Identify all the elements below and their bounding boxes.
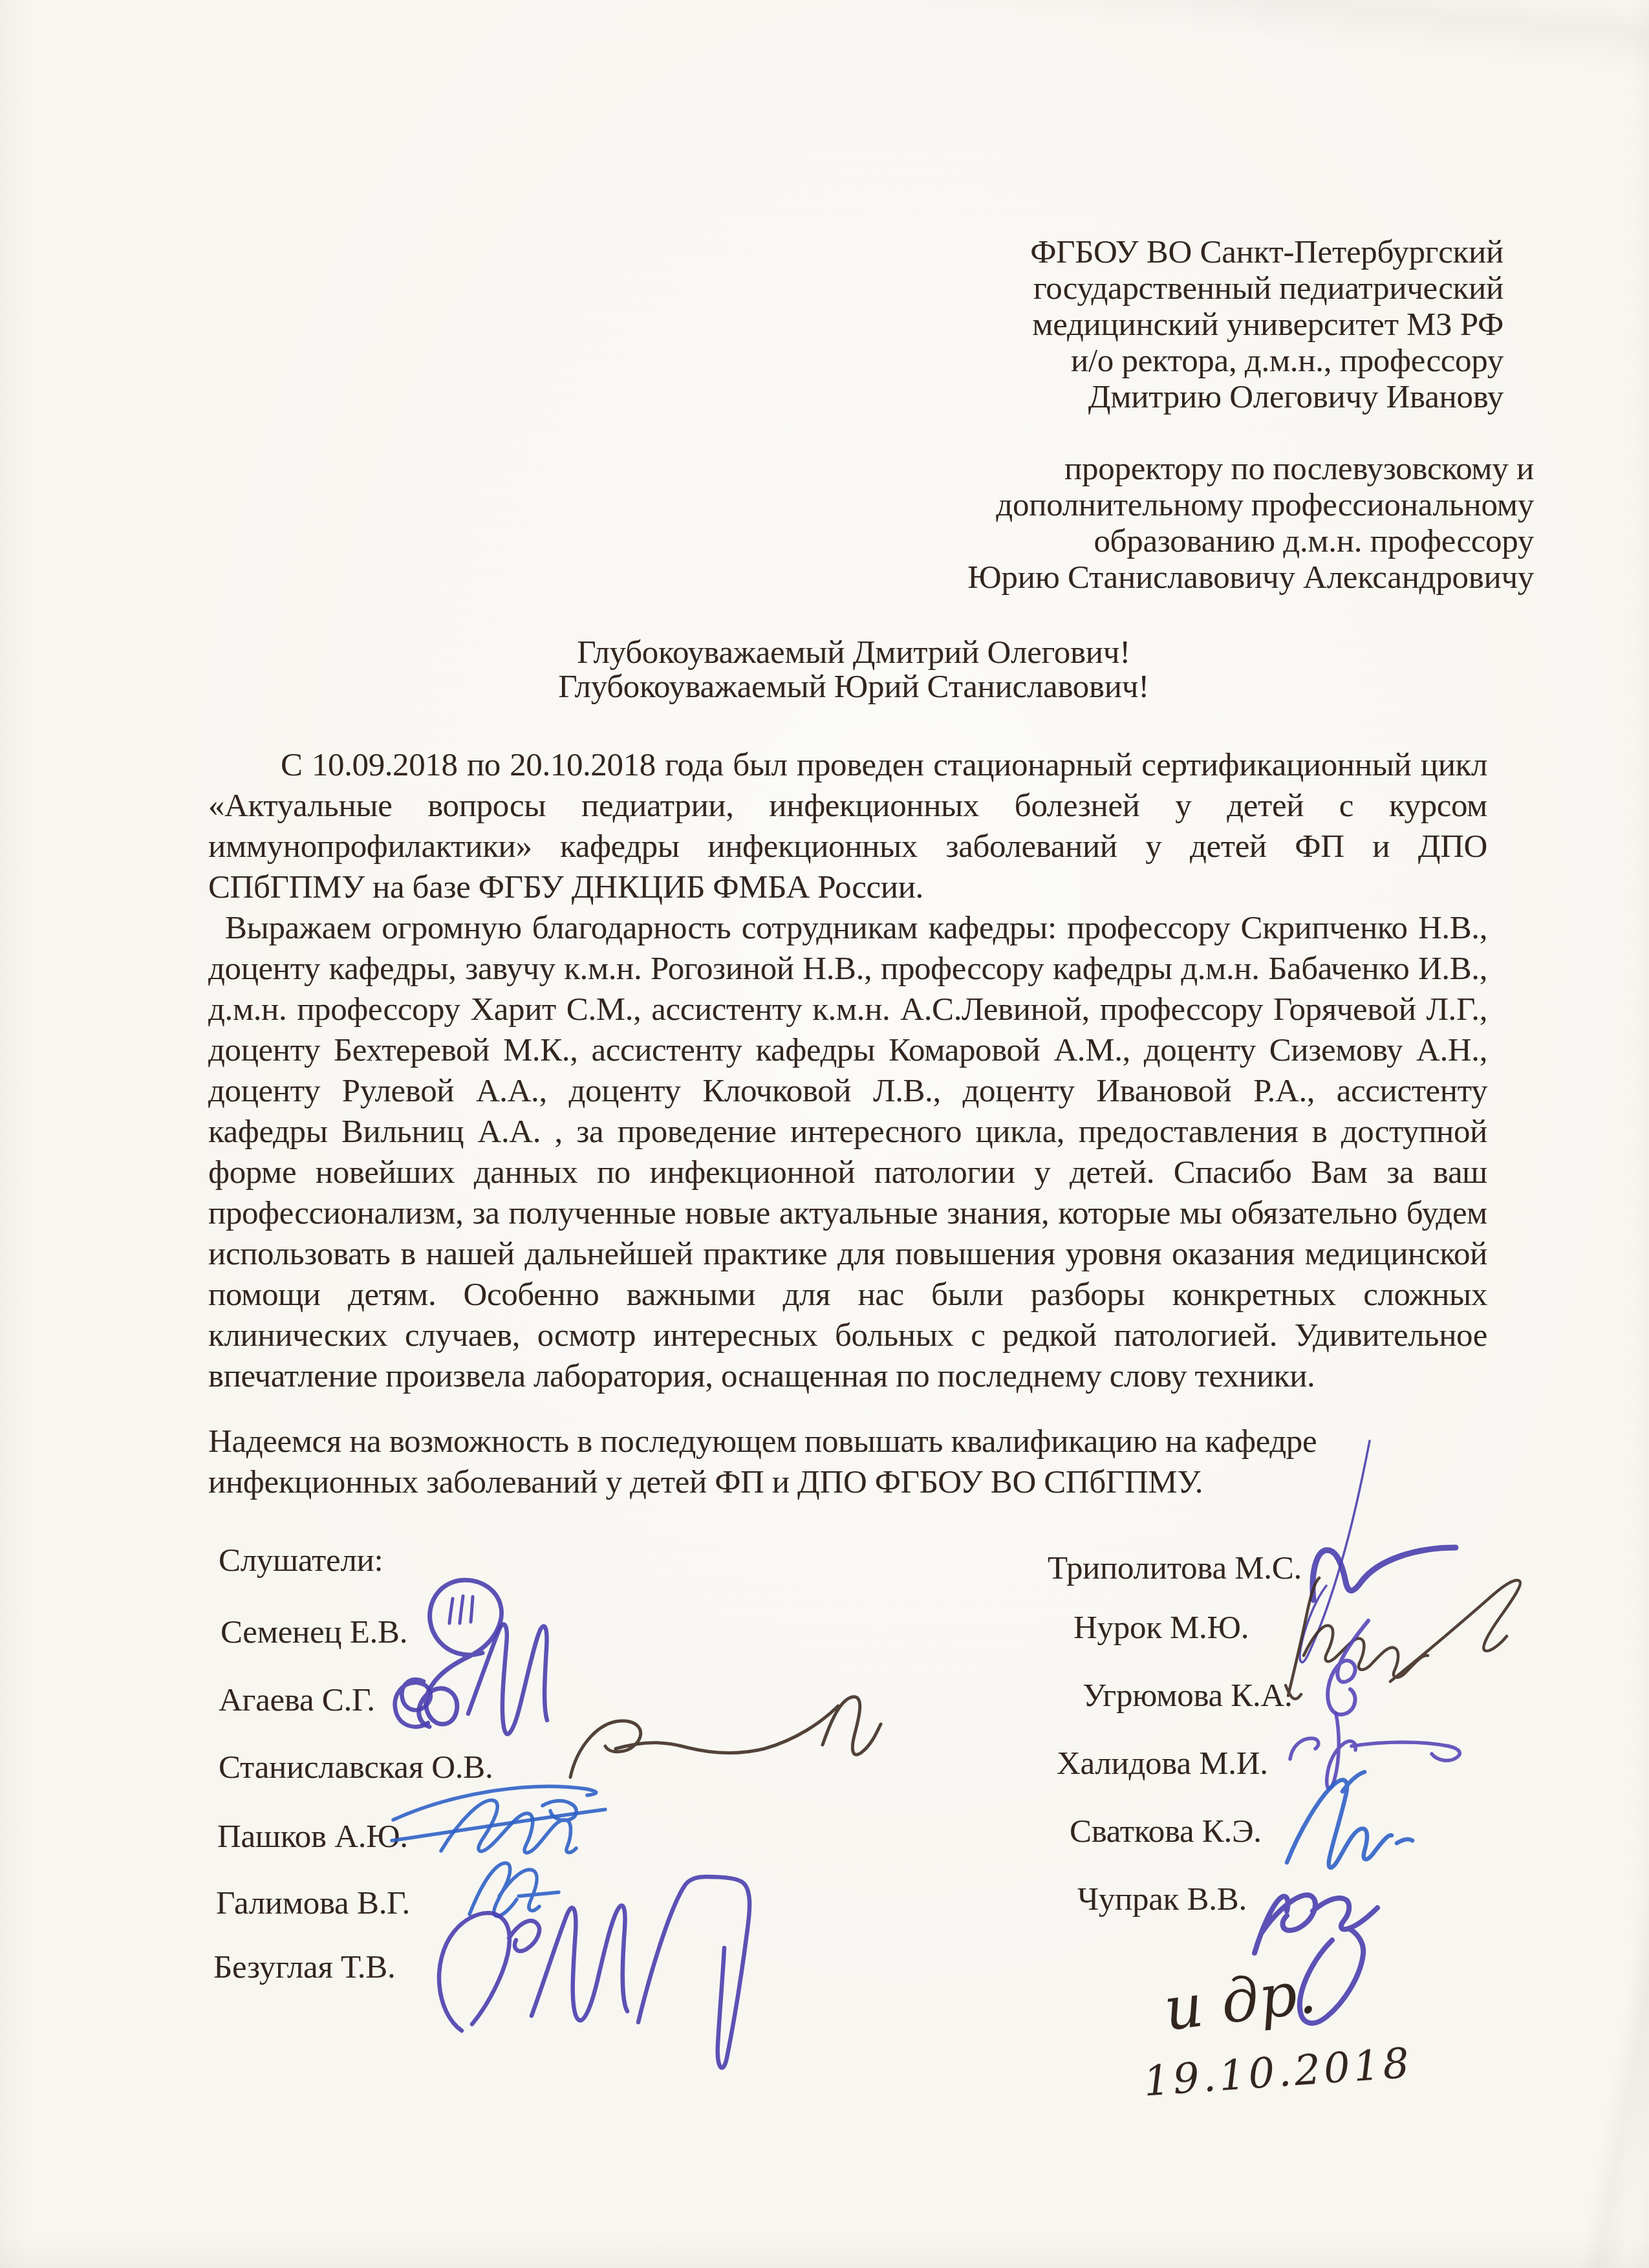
signer-name-pashkov: Пашков А.Ю. [217, 1820, 408, 1853]
signer-name-chuprak: Чупрак В.В. [1077, 1883, 1247, 1916]
salutation-block: Глубокоуважаемый Дмитрий Олегович! Глубо… [213, 636, 1494, 704]
scanned-letter-page: ФГБОУ ВО Санкт-Петербургский государстве… [0, 0, 1649, 2268]
recipient-line: государственный педиатрический [1030, 270, 1503, 307]
signer-name-semenets: Семенец Е.В. [221, 1615, 407, 1649]
signer-name-ugryumova: Угрюмова К.А. [1083, 1679, 1293, 1712]
recipient-line: медицинский университет МЗ РФ [1030, 307, 1503, 343]
recipient-block-prorector: проректору по послевузовскому и дополнит… [967, 451, 1534, 596]
handwritten-date: 19.10.2018 [1142, 2040, 1414, 2106]
signature-tripolitova [1313, 1548, 1456, 1600]
letter-body: С 10.09.2018 по 20.10.2018 года был пров… [208, 745, 1487, 1503]
signer-name-nurok: Нурок М.Ю. [1073, 1611, 1249, 1645]
signature-pashkov-strike [392, 1786, 605, 1841]
signature-pashkov [441, 1800, 576, 1853]
signer-name-galimova: Галимова В.Г. [216, 1886, 410, 1920]
paragraph-hope: Надеемся на возможность в последующем по… [208, 1421, 1487, 1503]
paragraph-gratitude: Выражаем огромную благодарность сотрудни… [208, 908, 1487, 1397]
signature-khalidova [1290, 1714, 1460, 1789]
signature-nurok [1286, 1578, 1520, 1699]
signature-svatkova [1287, 1772, 1412, 1868]
handwritten-note: и др. [1160, 1957, 1319, 2044]
paragraph-cycle-info: С 10.09.2018 по 20.10.2018 года был пров… [208, 745, 1487, 908]
recipient-line: Юрию Станиславовичу Александровичу [967, 559, 1534, 596]
signer-name-agaeva: Агаева С.Г. [219, 1683, 375, 1717]
recipient-line: ФГБОУ ВО Санкт-Петербургский [1030, 234, 1503, 270]
signature-semenets-circle [419, 1580, 502, 1727]
recipient-line: и/о ректора, д.м.н., профессору [1030, 343, 1503, 379]
recipient-line: Дмитрию Олеговичу Иванову [1030, 379, 1503, 415]
signer-name-svatkova: Сваткова К.Э. [1070, 1815, 1262, 1848]
recipient-block-rector: ФГБОУ ВО Санкт-Петербургский государстве… [1030, 234, 1503, 415]
signature-bezuglaya [439, 1877, 749, 2068]
signature-galimova [469, 1863, 559, 1916]
signature-ugryumova [1328, 1621, 1368, 1714]
salutation-line: Глубокоуважаемый Дмитрий Олегович! [213, 636, 1494, 670]
signature-semenets-flourish [468, 1625, 547, 1734]
signature-agaeva [395, 1679, 431, 1727]
recipient-line: образованию д.м.н. профессору [967, 523, 1534, 559]
listeners-label: Слушатели: [219, 1544, 383, 1577]
recipient-line: дополнительному профессиональному [967, 487, 1534, 523]
recipient-line: проректору по послевузовскому и [967, 451, 1534, 487]
signature-semenets-strokes [449, 1596, 473, 1623]
signer-name-stanislavskaya: Станиславская О.В. [219, 1751, 493, 1784]
signer-name-tripolitova: Триполитова М.С. [1048, 1551, 1302, 1585]
salutation-line: Глубокоуважаемый Юрий Станиславович! [213, 670, 1494, 704]
signer-name-khalidova: Халидова М.И. [1057, 1747, 1268, 1780]
signer-name-bezuglaya: Безуглая Т.В. [213, 1950, 395, 1984]
signature-stanislavskaya [570, 1697, 881, 1777]
